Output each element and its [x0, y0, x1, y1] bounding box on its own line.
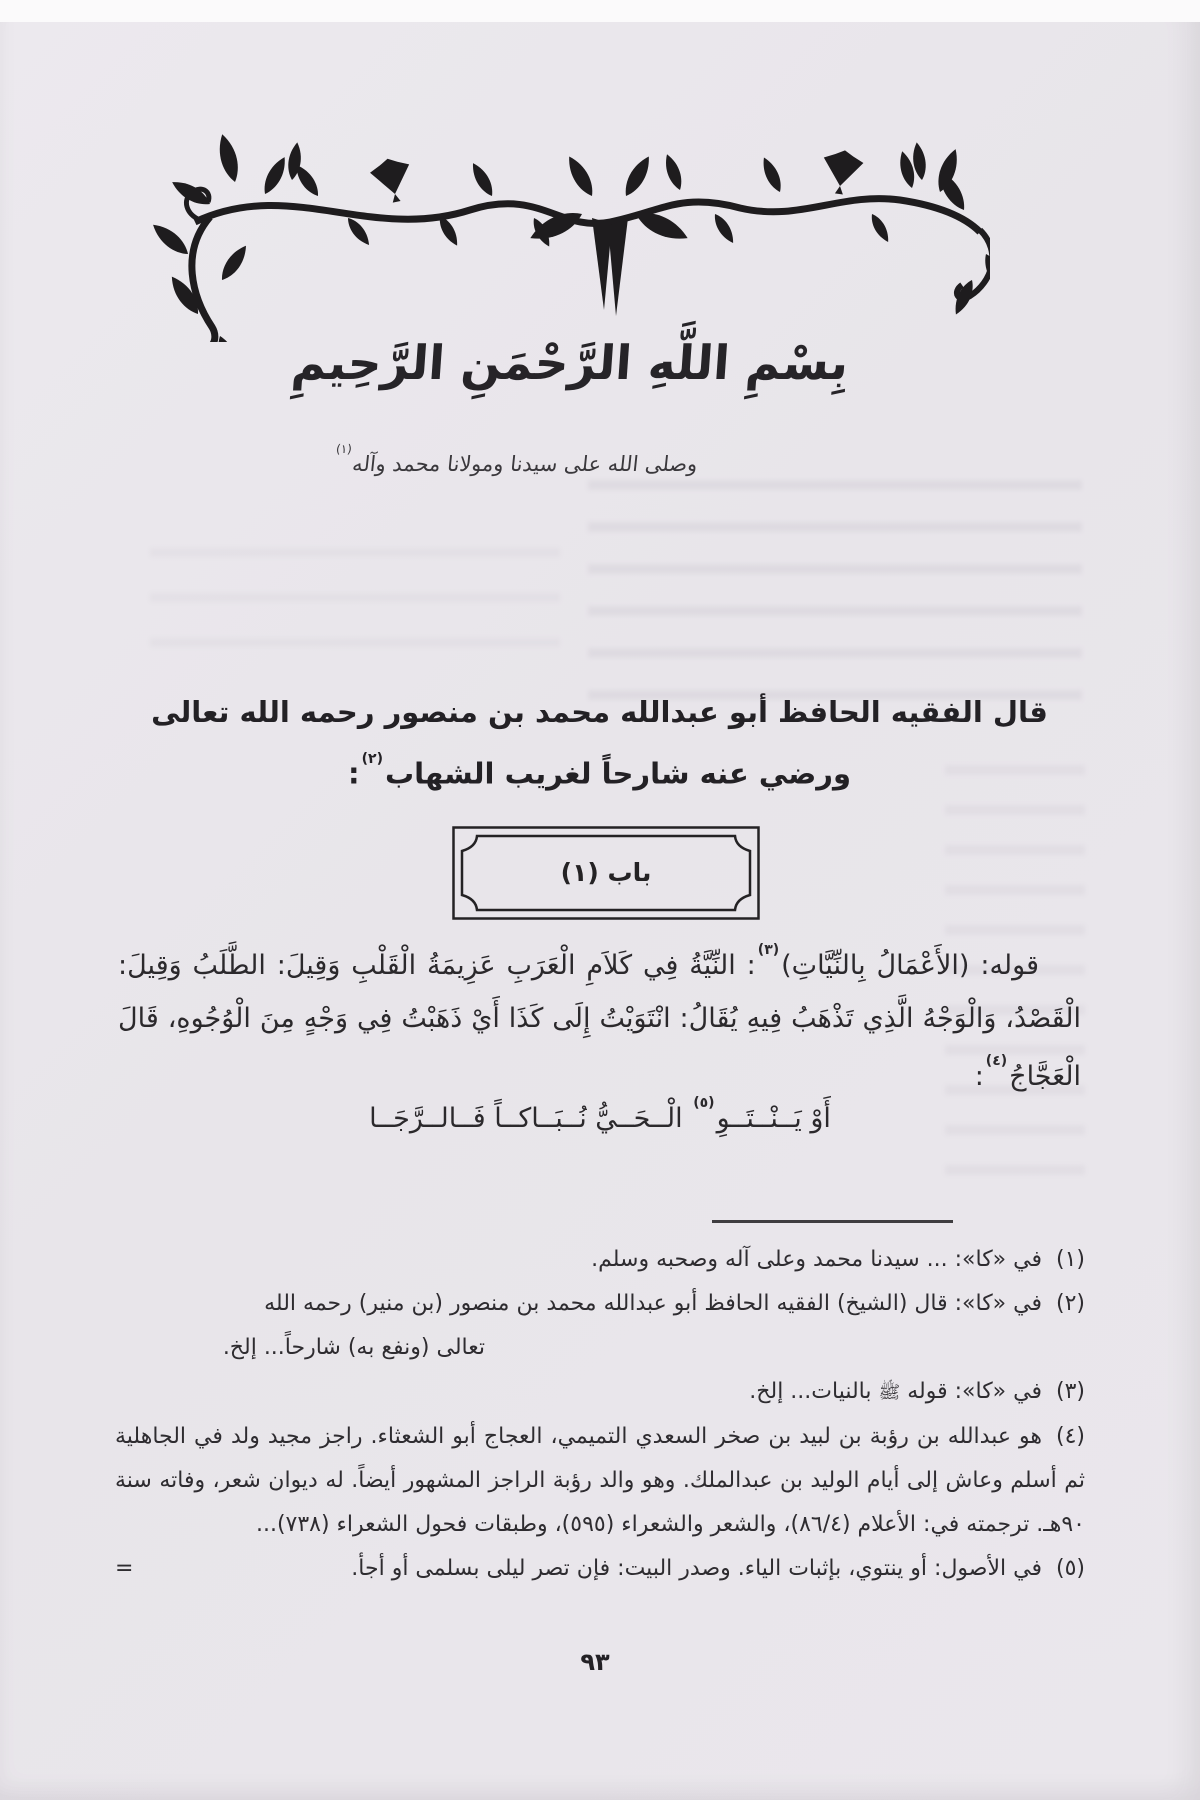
author-heading-line2-text: ورضي عنه شارحاً لغريب الشهاب: [385, 757, 851, 791]
footnote-number: (٣): [1056, 1379, 1085, 1404]
footnote-3: (٣)في «كا»: قوله ﷺ بالنيات... إلخ.: [115, 1370, 1085, 1415]
bleed-through-text: [588, 448, 1082, 700]
continuation-mark: =: [115, 1547, 133, 1591]
footnote-text: في «كا»: ... سيدنا محمد وعلى آله وصحبه و…: [591, 1247, 1042, 1272]
body-colon: :: [975, 1061, 984, 1092]
footnotes-section: (١)في «كا»: ... سيدنا محمد وعلى آله وصحب…: [115, 1238, 1085, 1591]
footnote-4: (٤)هو عبدالله بن رؤبة بن لبيد بن صخر الس…: [115, 1415, 1085, 1547]
salawat-text: وصلى الله على سيدنا ومولانا محمد وآله: [351, 452, 699, 476]
footnote-number: (٤): [1056, 1424, 1085, 1449]
sallallahu-alayhi-wasallam-symbol: ﷺ: [879, 1382, 901, 1403]
book-page-scan: { "header": { "basmala": "بِسْمِ اللَّهِ…: [0, 0, 1200, 1800]
body-lemma: قوله: (الأَعْمَالُ بِالنِّيَّاتِ): [781, 950, 1039, 981]
verse-end: الْــحَــيُّ نُــبَــاكــاً فَــالــرَّج…: [369, 1103, 683, 1134]
footnote-ref-3: (٣): [758, 942, 779, 958]
page-number: ٩٣: [0, 1648, 1190, 1676]
salawat-line: وصلى الله على سيدنا ومولانا محمد وآله(١): [0, 452, 1031, 476]
footnote-text: هو عبدالله بن رؤبة بن لبيد بن صخر السعدي…: [115, 1424, 1085, 1537]
footnote-ref-4: (٤): [986, 1053, 1007, 1069]
footnote-text: في الأصول: أو ينتوي، بإثبات الياء. وصدر …: [351, 1556, 1042, 1581]
author-heading: قال الفقيه الحافظ أبو عبدالله محمد بن من…: [118, 684, 1081, 803]
footnote-text: بالنيات... إلخ.: [749, 1379, 878, 1404]
footnote-2-continuation: تعالى (ونفع به) شارحاً... إلخ.: [115, 1326, 1085, 1370]
footnote-separator-rule: [712, 1220, 953, 1223]
footnote-5: =(٥)في الأصول: أو ينتوي، بإثبات الياء. و…: [115, 1547, 1085, 1591]
footnote-ref-5: (٥): [693, 1095, 714, 1111]
footnote-number: (٥): [1056, 1556, 1085, 1581]
scan-edge-strip: [0, 0, 1200, 22]
footnote-2: (٢)في «كا»: قال (الشيخ) الفقيه الحافظ أب…: [115, 1282, 1085, 1326]
footnote-number: (٢): [1056, 1291, 1085, 1316]
footnote-number: (١): [1056, 1247, 1085, 1272]
chapter-plaque: باب (١): [452, 826, 760, 920]
author-heading-colon: :: [348, 757, 360, 791]
author-heading-line1: قال الفقيه الحافظ أبو عبدالله محمد بن من…: [118, 684, 1081, 741]
verse-start: أَوْ يَــنْــتَــوِ: [717, 1103, 831, 1134]
page-background: بِسْمِ اللَّهِ الرَّحْمَنِ الرَّحِيمِ وص…: [0, 0, 1200, 1800]
footnote-1: (١)في «كا»: ... سيدنا محمد وعلى آله وصحب…: [115, 1238, 1085, 1282]
bleed-through-text: [150, 512, 560, 672]
chapter-title: باب (١): [452, 826, 760, 920]
basmala-calligraphy: بِسْمِ اللَّهِ الرَّحْمَنِ الرَّحِيمِ: [0, 336, 1142, 391]
body-paragraph: قوله: (الأَعْمَالُ بِالنِّيَّاتِ)(٣): ال…: [118, 934, 1081, 1103]
floral-ornament: [140, 122, 990, 342]
footnote-text: في «كا»: قال (الشيخ) الفقيه الحافظ أبو ع…: [264, 1291, 1042, 1316]
footnote-ref-1: (١): [335, 442, 352, 456]
author-heading-line2: ورضي عنه شارحاً لغريب الشهاب(٢):: [118, 741, 1081, 803]
poetry-verse: أَوْ يَــنْــتَــوِ(٥) الْــحَــيُّ نُــ…: [0, 1103, 1200, 1134]
footnote-ref-2: (٢): [362, 751, 383, 767]
footnote-text: في «كا»: قوله: [900, 1379, 1042, 1404]
